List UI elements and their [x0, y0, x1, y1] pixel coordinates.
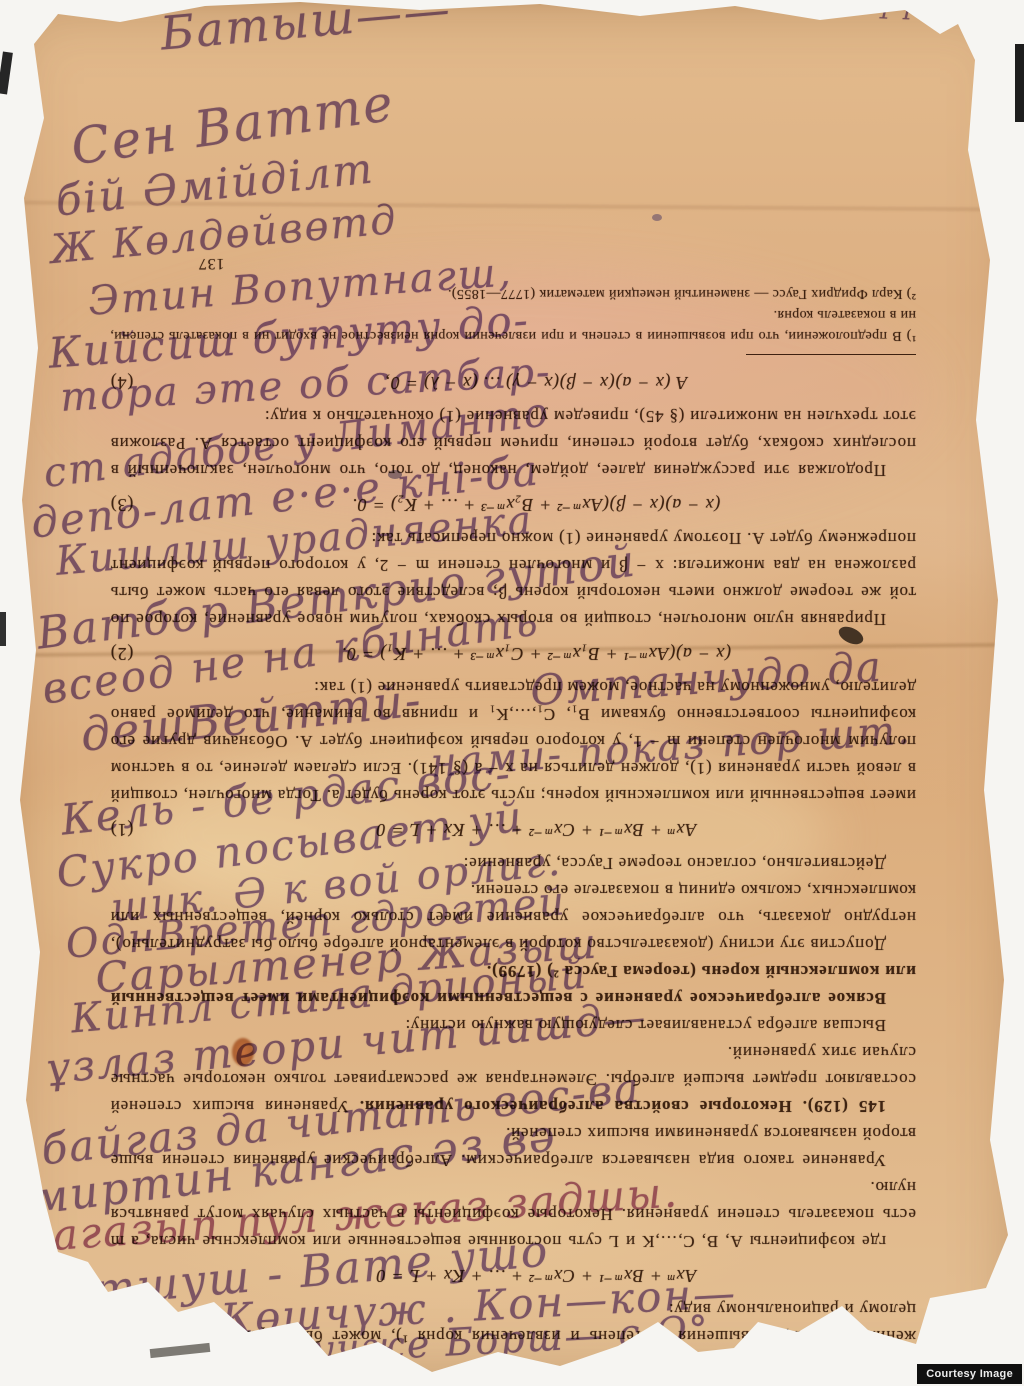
printed-footnote: ¹) В предположении, что при возвышении в…: [110, 304, 916, 346]
printed-paragraph: 145 (129). Некоторые свойства алгебраиче…: [110, 1039, 916, 1120]
printed-formula: Axᵐ + Bxᵐ⁻¹ + Cxᵐ⁻² + … + Kx + L = 0(1): [110, 816, 916, 843]
printed-formula: (x − a)(x − β)(Axᵐ⁻² + B₂xᵐ⁻³ + … + K₂) …: [110, 491, 916, 518]
formula-expression: (x − a)(Axᵐ⁻¹ + B₁xᵐ⁻² + C₁xᵐ⁻³ + … + K₁…: [156, 640, 916, 667]
printed-paragraph: Действительно, согласно теореме Гаусса, …: [110, 850, 916, 877]
photo-edge-debris: [150, 1343, 211, 1358]
printed-text-rotated: жения, деления, возвышения в степень и и…: [110, 36, 916, 1350]
courtesy-image-badge: Courtesy Image: [917, 1364, 1022, 1384]
paper-page: жения, деления, возвышения в степень и и…: [0, 0, 1024, 1386]
formula-number: (4): [110, 369, 156, 396]
page-number: 137: [110, 250, 916, 277]
printed-paragraph: жения, деления, возвышения в степень и и…: [110, 1296, 916, 1350]
formula-expression: A (x − a)(x − β)(x − γ) … (x − λ) = 0,: [156, 369, 916, 396]
formula-expression: (x − a)(x − β)(Axᵐ⁻² + B₂xᵐ⁻³ + … + K₂) …: [156, 491, 916, 518]
printed-paragraph: Уравнение такого вида называется алгебра…: [110, 1120, 916, 1174]
printed-formula: Axᵐ + Bxᵐ⁻¹ + Cxᵐ⁻² + … + Kx + L = 0: [110, 1262, 916, 1289]
printed-text-flow: жения, деления, возвышения в степень и и…: [110, 250, 916, 1350]
footnote-rule: [746, 354, 916, 355]
formula-number: (1): [110, 816, 156, 843]
formula-number: (3): [110, 491, 156, 518]
formula-number: (2): [110, 640, 156, 667]
printed-paragraph: Всякое алгебраическое уравнение с вещест…: [110, 958, 916, 1012]
printed-footnote: ²) Карл Фридрих Гаусс — знаменитый немец…: [110, 283, 916, 304]
scanned-photo: жения, деления, возвышения в степень и и…: [0, 0, 1024, 1386]
formula-expression: Axᵐ + Bxᵐ⁻¹ + Cxᵐ⁻² + … + Kx + L = 0: [156, 816, 916, 843]
printed-paragraph: Продолжая эти рассуждения далее, дойдем,…: [110, 403, 916, 484]
printed-paragraph: где коэфициенты A, B, C,…,K и L суть пос…: [110, 1174, 916, 1255]
formula-expression: Axᵐ + Bxᵐ⁻¹ + Cxᵐ⁻² + … + Kx + L = 0: [156, 1262, 916, 1289]
printed-formula: (x − a)(Axᵐ⁻¹ + B₁xᵐ⁻² + C₁xᵐ⁻³ + … + K₁…: [110, 640, 916, 667]
section-heading: 145 (129). Некоторые свойства алгебраиче…: [349, 1097, 886, 1116]
handwriting-line: 1 Г: [878, 0, 920, 26]
photo-edge-debris: [0, 52, 13, 95]
printed-formula: A (x − a)(x − β)(x − γ) … (x − λ) = 0,(4…: [110, 369, 916, 396]
printed-paragraph: Высшая алгебра устанавливает следующую в…: [110, 1012, 916, 1039]
printed-paragraph: Допустив эту истину (доказательство кото…: [110, 877, 916, 958]
printed-paragraph: Приравняв нулю многочлен, стоящий во вто…: [110, 525, 916, 633]
photo-edge-debris: [0, 612, 6, 646]
printed-paragraph: имеет вещественный или комплексный корен…: [110, 674, 916, 809]
photo-edge-debris: [1015, 44, 1024, 122]
